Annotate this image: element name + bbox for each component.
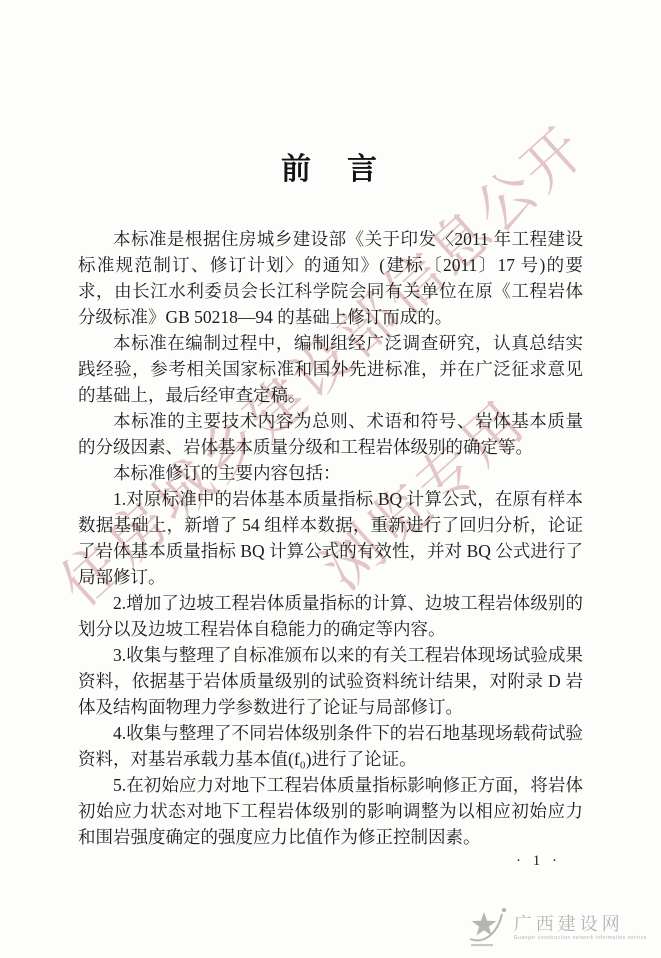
page-title: 前 言 <box>0 144 661 188</box>
paragraph: 3.收集与整理了自标准颁布以来的有关工程岩体现场试验成果资料，依据基于岩体质量级… <box>78 642 583 720</box>
paragraph: 2.增加了边坡工程岩体质量指标的计算、边坡工程岩体级别的划分以及边坡工程岩体自稳… <box>78 590 583 642</box>
paragraph: 1.对原标准中的岩体基本质量指标 BQ 计算公式，在原有样本数据基础上，新增了 … <box>78 486 583 590</box>
paragraph: 4.收集与整理了不同岩体级别条件下的岩石地基现场载荷试验资料，对基岩承载力基本值… <box>78 720 583 772</box>
paragraph: 本标准是根据住房城乡建设部《关于印发〈2011 年工程建设标准规范制订、修订计划… <box>78 226 583 330</box>
logo-tagline: Guangxi construction network information… <box>514 935 647 942</box>
logo-small-print <box>471 944 493 946</box>
document-body: 本标准是根据住房城乡建设部《关于印发〈2011 年工程建设标准规范制订、修订计划… <box>78 226 583 850</box>
paragraph: 本标准修订的主要内容包括： <box>78 460 583 486</box>
logo-name: 广西建设网 <box>514 915 647 935</box>
paragraph: 5.在初始应力对地下工程岩体质量指标影响修正方面，将岩体初始应力状态对地下工程岩… <box>78 772 583 850</box>
star-swoosh-icon <box>467 900 509 952</box>
page-number: · 1 · <box>516 853 561 870</box>
document-page: 住房城乡建设部信息公开 浏览专用 前 言 本标准是根据住房城乡建设部《关于印发〈… <box>0 0 661 958</box>
paragraph: 本标准在编制过程中，编制组经广泛调查研究，认真总结实践经验，参考相关国家标准和国… <box>78 330 583 408</box>
paragraph: 本标准的主要技术内容为总则、术语和符号、岩体基本质量的分级因素、岩体基本质量分级… <box>78 408 583 460</box>
publisher-logo: 广西建设网 Guangxi construction network infor… <box>467 900 647 952</box>
